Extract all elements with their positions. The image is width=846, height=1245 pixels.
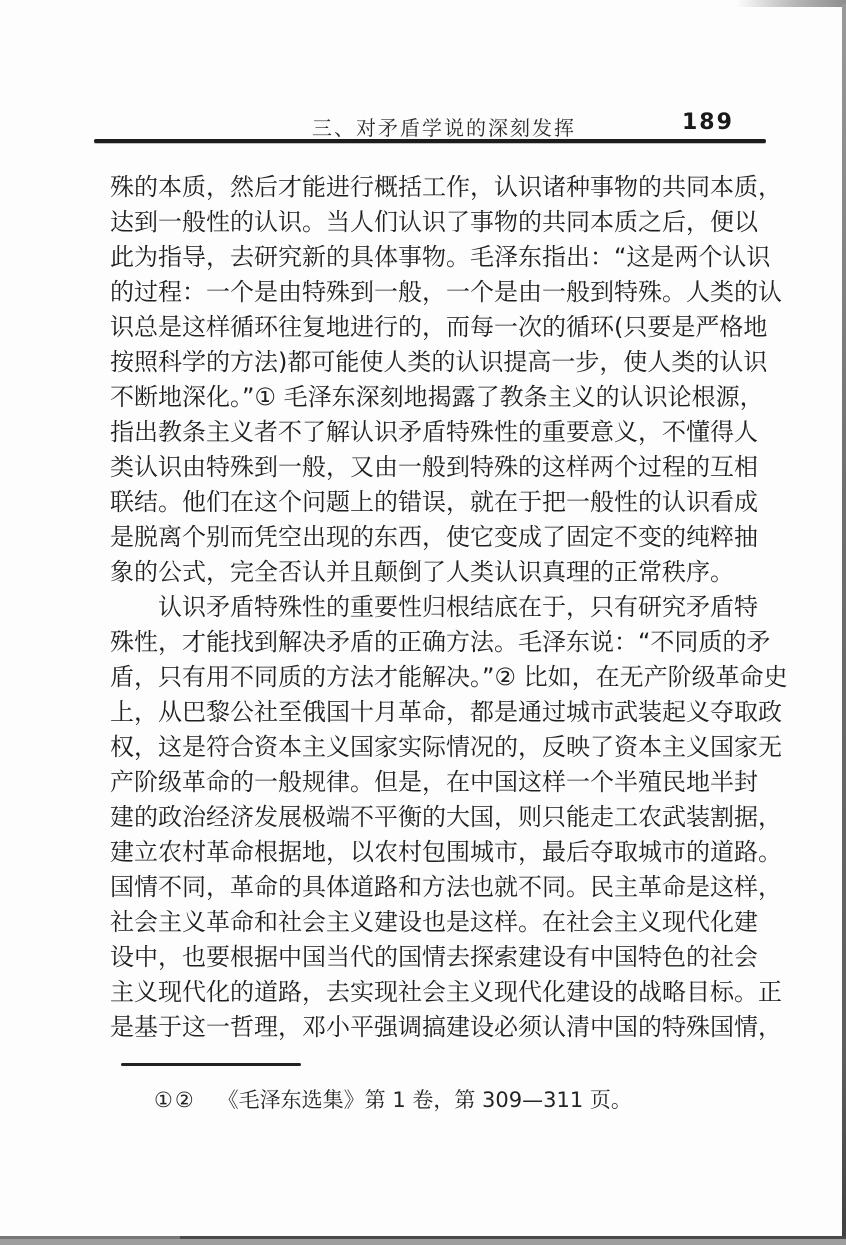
text-line: 设中，也要根据中国当代的国情去探索建设有中国特色的社会 bbox=[110, 940, 758, 975]
text-line-paragraph-start: 认识矛盾特殊性的重要性归根结底在于，只有研究矛盾特 bbox=[110, 590, 758, 625]
text-line: 此为指导，去研究新的具体事物。毛泽东指出：“这是两个认识 bbox=[110, 240, 758, 275]
running-header-title: 三、对矛盾学说的深刻发挥 bbox=[312, 112, 576, 141]
scan-edge-right bbox=[842, 4, 846, 1245]
text-line: 联结。他们在这个问题上的错误，就在于把一般性的认识看成 bbox=[110, 485, 758, 520]
footnote-markers: ①② bbox=[154, 1088, 196, 1112]
text-line: 殊性，才能找到解决矛盾的正确方法。毛泽东说：“不同质的矛 bbox=[110, 625, 758, 660]
text-line: 不断地深化。”① 毛泽东深刻地揭露了教条主义的认识论根源， bbox=[110, 380, 758, 415]
text-line: 权，这是符合资本主义国家实际情况的，反映了资本主义国家无 bbox=[110, 730, 758, 765]
text-line: 殊的本质，然后才能进行概括工作，认识诸种事物的共同本质， bbox=[110, 170, 758, 205]
text-line: 识总是这样循环往复地进行的，而每一次的循环(只要是严格地 bbox=[110, 310, 758, 345]
text-line: 是脱离个别而凭空出现的东西，使它变成了固定不变的纯粹抽 bbox=[110, 520, 758, 555]
text-line: 建的政治经济发展极端不平衡的大国，则只能走工农武装割据， bbox=[110, 800, 758, 835]
text-line-paragraph-end: 象的公式，完全否认并且颠倒了人类认识真理的正常秩序。 bbox=[110, 555, 758, 590]
text-line: 建立农村革命根据地，以农村包围城市，最后夺取城市的道路。 bbox=[110, 835, 758, 870]
text-line: 达到一般性的认识。当人们认识了事物的共同本质之后，便以 bbox=[110, 205, 758, 240]
text-line: 按照科学的方法)都可能使人类的认识提高一步，使人类的认识 bbox=[110, 345, 758, 380]
footnote-separator-rule bbox=[121, 1063, 301, 1066]
text-line: 上，从巴黎公社至俄国十月革命，都是通过城市武装起义夺取政 bbox=[110, 695, 758, 730]
page-number: 189 bbox=[682, 110, 734, 135]
text-line: 是基于这一哲理，邓小平强调搞建设必须认清中国的特殊国情， bbox=[110, 1010, 758, 1045]
scan-edge-bottom bbox=[0, 1236, 846, 1245]
text-line: 指出教条主义者不了解认识矛盾特殊性的重要意义，不懂得人 bbox=[110, 415, 758, 450]
text-line: 国情不同，革命的具体道路和方法也就不同。民主革命是这样， bbox=[110, 870, 758, 905]
text-line: 盾，只有用不同质的方法才能解决。”② 比如，在无产阶级革命史 bbox=[110, 660, 758, 695]
text-line: 类认识由特殊到一般，又由一般到特殊的这样两个过程的互相 bbox=[110, 450, 758, 485]
text-line: 的过程：一个是由特殊到一般，一个是由一般到特殊。人类的认 bbox=[110, 275, 758, 310]
book-page-scan: 三、对矛盾学说的深刻发挥 189 殊的本质，然后才能进行概括工作，认识诸种事物的… bbox=[0, 0, 846, 1245]
footnote-text: 《毛泽东选集》第 1 卷，第 309—311 页。 bbox=[218, 1088, 632, 1112]
header-rule bbox=[94, 139, 766, 143]
scan-smudge-top-right bbox=[736, 0, 846, 7]
text-line: 产阶级革命的一般规律。但是，在中国这样一个半殖民地半封 bbox=[110, 765, 758, 800]
body-text: 殊的本质，然后才能进行概括工作，认识诸种事物的共同本质， 达到一般性的认识。当人… bbox=[110, 170, 758, 1045]
text-line: 社会主义革命和社会主义建设也是这样。在社会主义现代化建 bbox=[110, 905, 758, 940]
footnote: ①②《毛泽东选集》第 1 卷，第 309—311 页。 bbox=[154, 1086, 714, 1114]
text-line: 主义现代化的道路，去实现社会主义现代化建设的战略目标。正 bbox=[110, 975, 758, 1010]
